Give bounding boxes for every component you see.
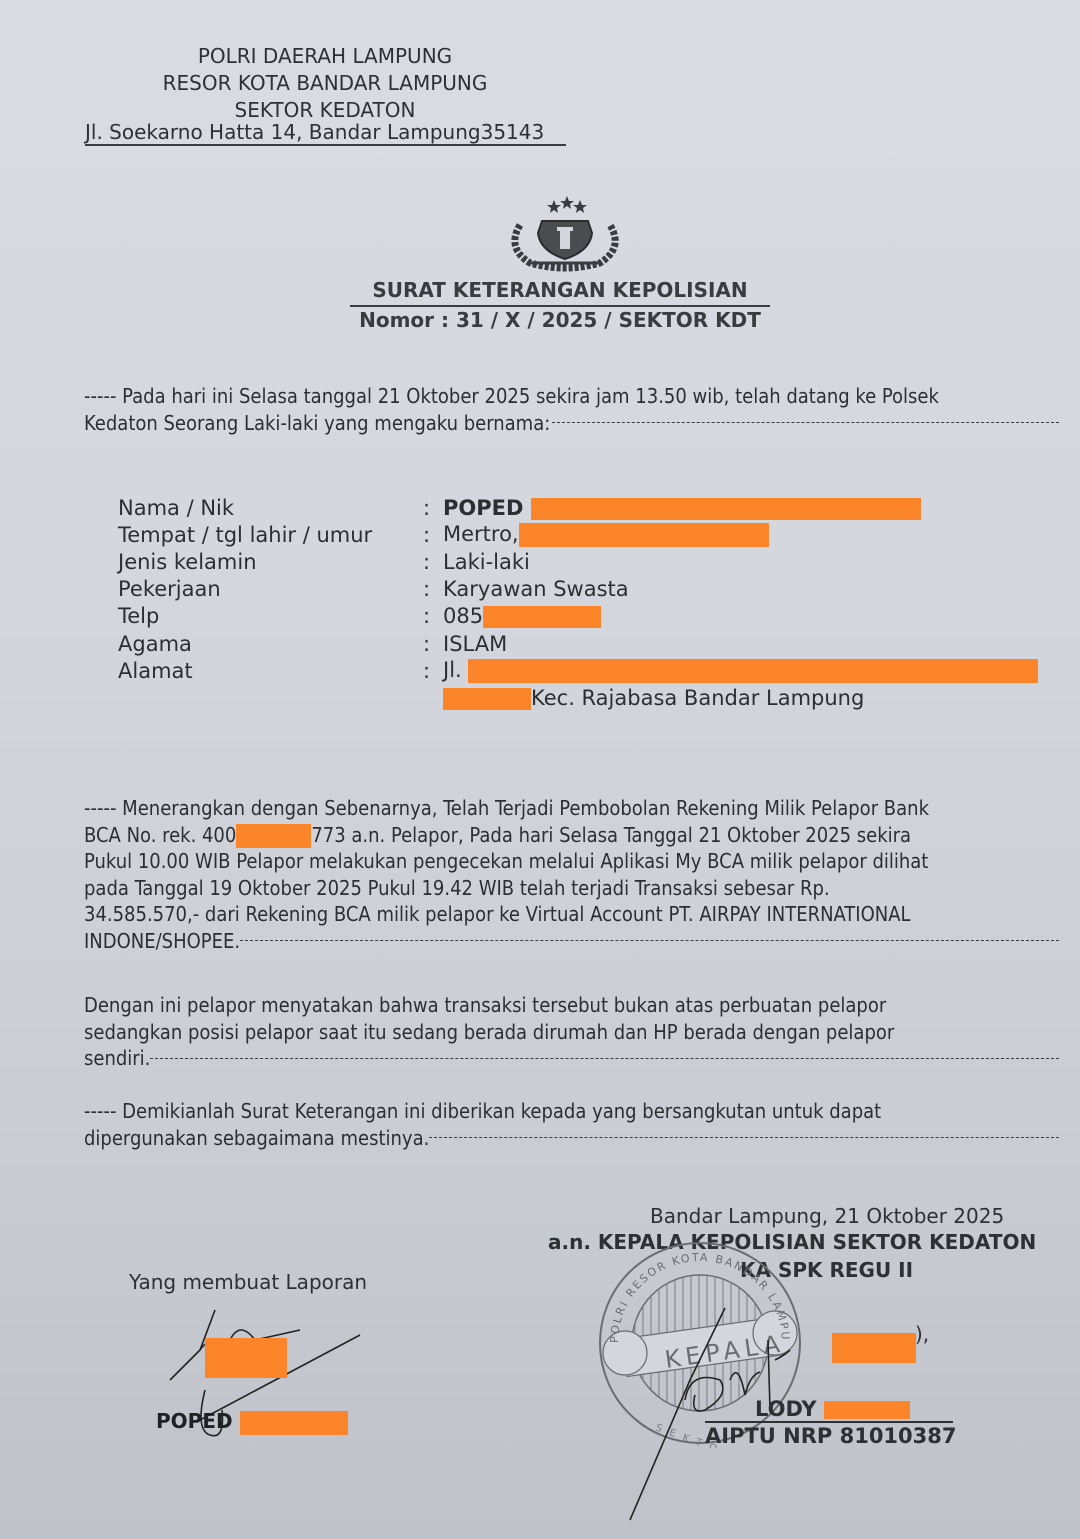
- identity-value: Jl.: [443, 657, 1038, 684]
- p1-line: BCA No. rek. 400773 a.n. Pelapor, Pada h…: [84, 822, 1059, 849]
- dash-filler: [150, 1058, 1059, 1059]
- identity-colon: :: [423, 630, 443, 657]
- identity-value-text: Mertro,: [443, 522, 519, 546]
- redaction-block: [236, 824, 311, 848]
- identity-value-text: POPED: [443, 496, 531, 520]
- p1-line-last: INDONE/SHOPEE.: [84, 928, 240, 955]
- p1-line: 34.585.570,- dari Rekening BCA milik pel…: [84, 901, 1059, 928]
- declaration-paragraph: Dengan ini pelapor menyatakan bahwa tran…: [84, 992, 1059, 1072]
- identity-colon: :: [423, 657, 443, 684]
- identity-label-empty: [118, 684, 423, 711]
- identity-value-continuation: Kec. Rajabasa Bandar Lampung: [443, 684, 1038, 711]
- document-number: Nomor : 31 / X / 2025 / SEKTOR KDT: [350, 305, 770, 332]
- dash-filler: [552, 422, 1059, 423]
- p3-line: ----- Demikianlah Surat Keterangan ini d…: [84, 1098, 1059, 1125]
- reporter-name: POPED: [156, 1409, 348, 1435]
- reporter-label: Yang membuat Laporan: [129, 1270, 367, 1294]
- p2-line: sedangkan posisi pelapor saat itu sedang…: [84, 1019, 1059, 1046]
- identity-value: Laki-laki: [443, 548, 1038, 575]
- identity-value-text: 085: [443, 604, 483, 628]
- redaction-block: [468, 659, 1038, 683]
- place-date: Bandar Lampung, 21 Oktober 2025: [650, 1204, 1004, 1228]
- p1-line: ----- Menerangkan dengan Sebenarnya, Tel…: [84, 795, 1059, 822]
- p1-line: INDONE/SHOPEE.: [84, 928, 1059, 955]
- redaction-block: [531, 498, 921, 520]
- identity-colon: :: [423, 603, 443, 630]
- p3-line-last: dipergunakan sebagaimana mestinya.: [84, 1125, 429, 1152]
- identity-label: Jenis kelamin: [118, 548, 423, 575]
- signature-underline: [705, 1421, 953, 1423]
- identity-colon-empty: [423, 684, 443, 711]
- identity-colon: :: [423, 548, 443, 575]
- p2-line-last: sendiri.: [84, 1045, 150, 1072]
- identity-table: Nama / Nik : POPED Tempat / tgl lahir / …: [118, 494, 1038, 712]
- identity-row: Alamat : Jl.: [118, 657, 1038, 684]
- identity-label: Agama: [118, 630, 423, 657]
- identity-value-text: Jl.: [443, 658, 468, 682]
- identity-label: Pekerjaan: [118, 576, 423, 603]
- p1-line-2-rest: 773 a.n. Pelapor, Pada hari Selasa Tangg…: [311, 823, 911, 847]
- redaction-block: [240, 1411, 348, 1435]
- p2-line: Dengan ini pelapor menyatakan bahwa tran…: [84, 992, 1059, 1019]
- dash-filler: [240, 940, 1059, 941]
- identity-value: 085: [443, 603, 1038, 630]
- identity-colon: :: [423, 576, 443, 603]
- official-rank: AIPTU NRP 81010387: [705, 1424, 957, 1448]
- identity-row: Kec. Rajabasa Bandar Lampung: [118, 684, 1038, 711]
- identity-value: POPED: [443, 494, 1038, 521]
- identity-row: Nama / Nik : POPED: [118, 494, 1038, 521]
- polri-emblem-icon: [500, 193, 630, 273]
- letterhead-line-1: POLRI DAERAH LAMPUNG: [90, 43, 560, 69]
- signature-mark: ),: [915, 1322, 929, 1346]
- intro-paragraph: ----- Pada hari ini Selasa tanggal 21 Ok…: [84, 383, 1059, 436]
- statement-paragraph: ----- Menerangkan dengan Sebenarnya, Tel…: [84, 795, 1059, 954]
- redaction-block: [483, 606, 601, 628]
- identity-label: Tempat / tgl lahir / umur: [118, 521, 423, 548]
- identity-value: ISLAM: [443, 630, 1038, 657]
- p1-line: Pukul 10.00 WIB Pelapor melakukan pengec…: [84, 848, 1059, 875]
- official-name-text: LODY: [755, 1397, 824, 1421]
- p1-line: pada Tanggal 19 Oktober 2025 Pukul 19.42…: [84, 875, 1059, 902]
- identity-row: Jenis kelamin : Laki-laki: [118, 548, 1038, 575]
- identity-row: Telp : 085: [118, 603, 1038, 630]
- identity-value: Mertro,: [443, 521, 1038, 548]
- reporter-name-text: POPED: [156, 1409, 240, 1433]
- redaction-block: [519, 523, 769, 547]
- intro-line-2: Kedaton Seorang Laki-laki yang mengaku b…: [84, 410, 1059, 437]
- closing-paragraph: ----- Demikianlah Surat Keterangan ini d…: [84, 1098, 1059, 1151]
- intro-line-2-text: Kedaton Seorang Laki-laki yang mengaku b…: [84, 410, 550, 437]
- account-prefix: BCA No. rek. 400: [84, 823, 236, 847]
- redaction-block: [443, 688, 531, 710]
- intro-line-1: ----- Pada hari ini Selasa tanggal 21 Ok…: [84, 383, 1059, 410]
- identity-colon: :: [423, 494, 443, 521]
- identity-row: Agama : ISLAM: [118, 630, 1038, 657]
- identity-value: Karyawan Swasta: [443, 576, 1038, 603]
- p2-line: sendiri.: [84, 1045, 1059, 1072]
- identity-label: Nama / Nik: [118, 494, 423, 521]
- letterhead-address: Jl. Soekarno Hatta 14, Bandar Lampung351…: [85, 120, 566, 146]
- redaction-block: [832, 1333, 916, 1363]
- p3-line: dipergunakan sebagaimana mestinya.: [84, 1125, 1059, 1152]
- identity-label: Alamat: [118, 657, 423, 684]
- redaction-block: [824, 1401, 910, 1419]
- official-name: LODY: [755, 1397, 910, 1421]
- document-title: SURAT KETERANGAN KEPOLISIAN: [340, 278, 780, 302]
- dash-filler: [429, 1137, 1059, 1138]
- identity-row: Tempat / tgl lahir / umur : Mertro,: [118, 521, 1038, 548]
- identity-row: Pekerjaan : Karyawan Swasta: [118, 576, 1038, 603]
- letterhead-line-2: RESOR KOTA BANDAR LAMPUNG: [90, 70, 560, 96]
- address-continuation: Kec. Rajabasa Bandar Lampung: [531, 686, 864, 710]
- identity-label: Telp: [118, 603, 423, 630]
- redaction-block: [205, 1338, 287, 1378]
- identity-colon: :: [423, 521, 443, 548]
